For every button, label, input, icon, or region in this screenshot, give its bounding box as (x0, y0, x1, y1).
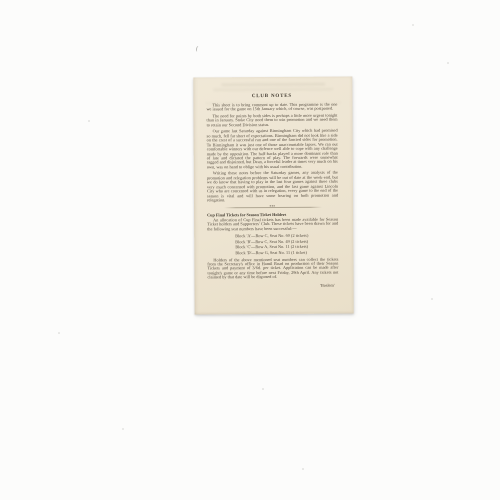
tickets-intro-paragraph: An allocation of Cup Final tickets has b… (207, 218, 338, 232)
show-through-smudge (213, 88, 333, 91)
club-notes-paragraph: Writing these notes before the Saturday … (207, 171, 338, 203)
author-signature: 'Boslem' (208, 283, 339, 289)
noise-speck (58, 332, 60, 334)
club-notes-paragraph: Our game last Saturday against Birmingha… (207, 129, 338, 170)
ticket-allocation-line: Block 'D'—Row G, Seat No. 11 (1 ticket) (235, 249, 338, 255)
club-notes-paragraph: The need for points by both sides is per… (207, 114, 338, 128)
programme-page: CLUB NOTES This sheet is to bring commen… (193, 77, 353, 315)
show-through-smudge (221, 83, 325, 87)
section-divider: ▪▪▪ (224, 206, 322, 208)
noise-speck (262, 388, 264, 390)
page-title: CLUB NOTES (206, 94, 337, 100)
noise-speck (447, 62, 449, 64)
noise-speck (412, 24, 414, 26)
noise-speck (302, 468, 304, 470)
noise-speck (88, 120, 90, 122)
scratch-mark (195, 46, 200, 53)
tickets-closing-paragraph: Holders of the above mentioned seat numb… (207, 257, 338, 280)
photo-background: CLUB NOTES This sheet is to bring commen… (0, 0, 500, 500)
noise-speck (431, 298, 433, 300)
noise-speck (122, 428, 124, 430)
divider-dots-ornament: ▪▪▪ (270, 204, 276, 208)
ticket-allocation-list: Block 'A'—Row C, Seat No. 60 (2 tickets)… (235, 233, 338, 255)
